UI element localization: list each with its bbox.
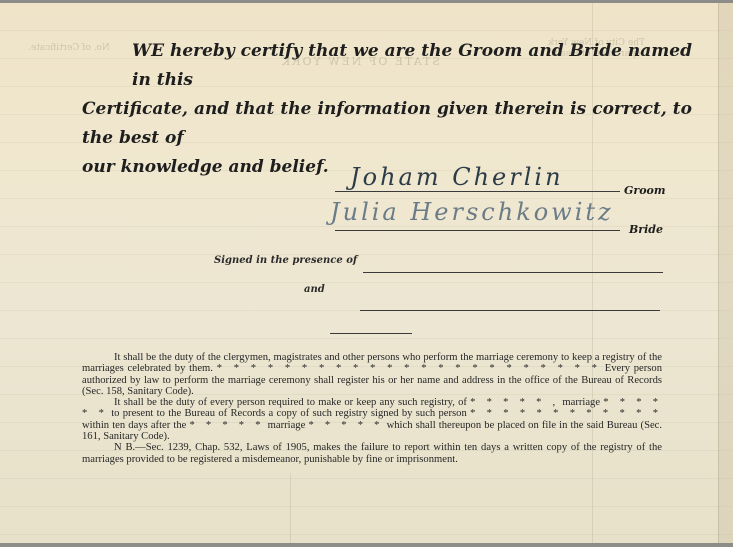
groom-signature: Joham Cherlin bbox=[350, 163, 564, 191]
bleed-through-column-line bbox=[290, 473, 291, 543]
certification-line-2: Certificate, and that the information gi… bbox=[82, 95, 692, 153]
witness-1-line bbox=[363, 272, 663, 273]
certification-line-1: WE hereby certify that we are the Groom … bbox=[82, 37, 692, 95]
registry-law-notice: It shall be the duty of the clergymen, m… bbox=[82, 352, 662, 465]
certification-statement: WE hereby certify that we are the Groom … bbox=[82, 37, 692, 182]
short-rule bbox=[330, 333, 412, 334]
groom-label: Groom bbox=[624, 184, 666, 197]
law-paragraph-3: N B.—Sec. 1239, Chap. 532, Laws of 1905,… bbox=[82, 442, 662, 465]
page-edge bbox=[718, 3, 733, 543]
bride-label: Bride bbox=[629, 223, 663, 236]
witness-2-line bbox=[360, 310, 660, 311]
bride-signature-line bbox=[335, 230, 620, 231]
law-paragraph-2: It shall be the duty of every person req… bbox=[82, 397, 662, 442]
bride-signature: Julia Herschkowitz bbox=[330, 198, 614, 226]
and-label: and bbox=[304, 284, 325, 295]
certificate-page: No. of Certificate. STATE OF NEW YORK Th… bbox=[0, 3, 733, 543]
signed-in-presence-label: Signed in the presence of bbox=[214, 255, 357, 266]
law-paragraph-1: It shall be the duty of the clergymen, m… bbox=[82, 352, 662, 397]
groom-signature-line bbox=[335, 191, 620, 192]
